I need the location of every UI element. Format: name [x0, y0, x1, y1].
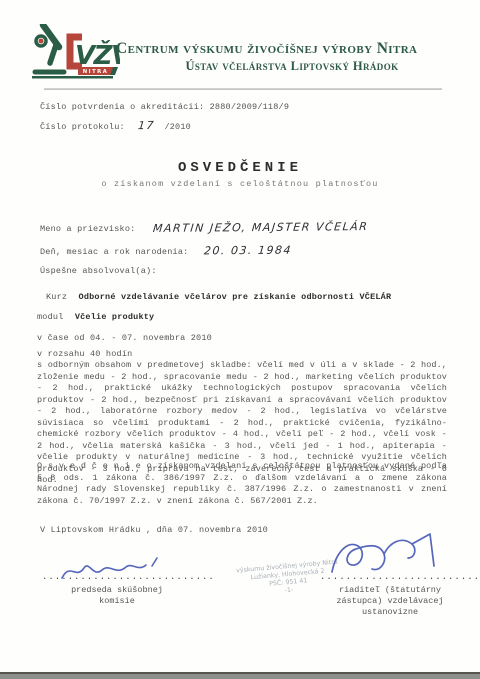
document-title: OSVEDČENIE	[0, 160, 480, 176]
legal-lead: O s v e d č e n i e	[37, 461, 141, 471]
logo-acronym: VŽV	[75, 39, 120, 71]
protocol-number-handwritten: 17	[138, 119, 156, 132]
module-title: Včelie produkty	[75, 312, 155, 322]
protocol-suffix: /2010	[164, 122, 191, 132]
institution-header: Centrum výskumu živočíšnej výroby Nitra …	[116, 40, 468, 74]
left-signature-line: ...........................	[42, 572, 215, 582]
name-label: Meno a priezvisko:	[40, 224, 135, 234]
name-line: Meno a priezvisko: MARTIN JEŽO, MAJSTER …	[40, 221, 368, 234]
course-scope: v rozsahu 40 hodín	[37, 349, 132, 359]
protocol-number-line: Číslo protokolu: 17 /2010	[40, 119, 191, 132]
left-signature-label: predseda skúšobnej komisie	[42, 585, 192, 607]
kurz-label: Kurz	[46, 292, 67, 302]
legal-paragraph: O s v e d č e n i e o získanom vzdelaní …	[37, 461, 447, 507]
document-subtitle: o získanom vzdelaní s celoštátnou platno…	[0, 179, 480, 189]
course-dates: v čase od 04. - 07. novembra 2010	[37, 333, 212, 343]
logo-city: NITRA	[83, 69, 109, 75]
microscope-icon	[35, 25, 64, 72]
name-handwritten: MARTIN JEŽO, MAJSTER VČELÁR	[152, 220, 369, 235]
right-signature-line: ...........................	[320, 572, 480, 582]
institution-line2: Ústav včelárstva Liptovský Hrádok	[116, 59, 468, 74]
place-date-line: V Liptovskom Hrádku , dňa 07. novembra 2…	[40, 525, 268, 535]
module-line: modul Včelie produkty	[37, 312, 154, 322]
header-divider	[44, 88, 442, 90]
right-signature-label: riaditeľ (štatutárny zástupca) vzdelávac…	[310, 585, 470, 618]
birthdate-handwritten: 20. 03. 1984	[203, 244, 292, 258]
certificate-page: VŽV NITRA Centrum výskumu živočíšnej výr…	[0, 0, 480, 679]
accreditation-number: Číslo potvrdenia o akreditácii: 2880/200…	[40, 102, 289, 112]
birthdate-line: Deň, mesiac a rok narodenia: 20. 03. 198…	[40, 244, 292, 257]
birthdate-label: Deň, mesiac a rok narodenia:	[40, 247, 188, 257]
protocol-label: Číslo protokolu:	[40, 122, 125, 132]
institution-line1: Centrum výskumu živočíšnej výroby Nitra	[116, 40, 468, 58]
module-label: modul	[37, 312, 64, 322]
course-line: Kurz Odborné vzdelávanie včelárov pre zí…	[46, 292, 391, 302]
cvzv-logo: VŽV NITRA	[28, 24, 120, 84]
kurz-title: Odborné vzdelávanie včelárov pre získani…	[79, 292, 392, 302]
scan-edge-artifact	[0, 671, 480, 679]
completed-label: Úspešne absolvoval(a):	[40, 266, 157, 276]
